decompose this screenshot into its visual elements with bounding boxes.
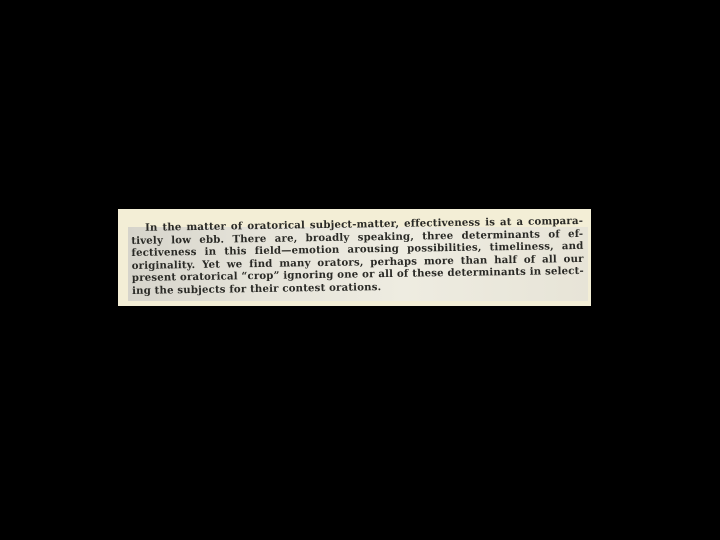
paragraph: In the matter of oratorical subject-matt… — [131, 215, 584, 298]
newspaper-clipping: In the matter of oratorical subject-matt… — [118, 209, 591, 306]
screen: In the matter of oratorical subject-matt… — [0, 0, 720, 540]
